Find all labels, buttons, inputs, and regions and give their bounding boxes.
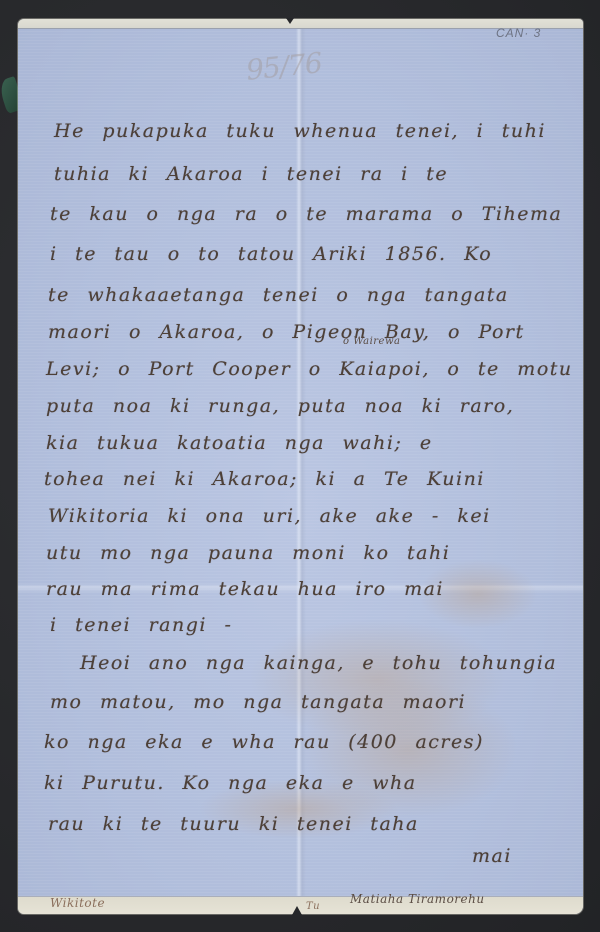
footer-note-center: Tu — [306, 901, 320, 912]
inserted-text-wairewa: o Wairewa — [343, 336, 401, 347]
manuscript-line-6: maori o Akaroa, o Pigeon Bay, o Port — [48, 321, 525, 343]
fold-notch-top — [286, 18, 294, 24]
manuscript-line-15: Heoi ano nga kainga, e tohu tohungia — [80, 652, 557, 674]
manuscript-line-20: mai — [472, 845, 512, 867]
manuscript-line-16: mo matou, mo nga tangata maori — [50, 691, 466, 713]
footer-note-right: Matiaha Tiramorehu — [350, 892, 485, 906]
manuscript-line-19: rau ki te tuuru ki tenei taha — [48, 813, 419, 835]
manuscript-line-10: tohea nei ki Akaroa; ki a Te Kuini — [44, 468, 485, 490]
footer-note-left: Wikitote — [50, 896, 105, 910]
manuscript-line-17: ko nga eka e wha rau (400 acres) — [44, 731, 484, 753]
archive-reference: CAN· 3 — [496, 26, 541, 40]
manuscript-line-11: Wikitoria ki ona uri, ake ake - kei — [48, 505, 491, 527]
manuscript-line-18: ki Purutu. Ko nga eka e wha — [44, 772, 417, 794]
manuscript-line-8: puta noa ki runga, puta noa ki raro, — [46, 395, 514, 417]
manuscript-line-1: He pukapuka tuku whenua tenei, i tuhi — [54, 120, 546, 142]
manuscript-line-3: te kau o nga ra o te marama o Tihema — [50, 203, 562, 225]
manuscript-line-4: i te tau o to tatou Ariki 1856. Ko — [50, 243, 492, 265]
manuscript-line-2: tuhia ki Akaroa i tenei ra i te — [54, 163, 448, 185]
manuscript-line-14: i tenei rangi - — [50, 614, 232, 636]
fold-notch-bottom — [292, 906, 302, 915]
manuscript-line-5: te whakaaetanga tenei o nga tangata — [48, 284, 509, 306]
manuscript-line-7: Levi; o Port Cooper o Kaiapoi, o te motu — [46, 358, 573, 380]
manuscript-line-9: kia tukua katoatia nga wahi; e — [46, 432, 433, 454]
manuscript-line-13: rau ma rima tekau hua iro mai — [46, 578, 444, 600]
manuscript-line-12: utu mo nga pauna moni ko tahi — [46, 542, 450, 564]
